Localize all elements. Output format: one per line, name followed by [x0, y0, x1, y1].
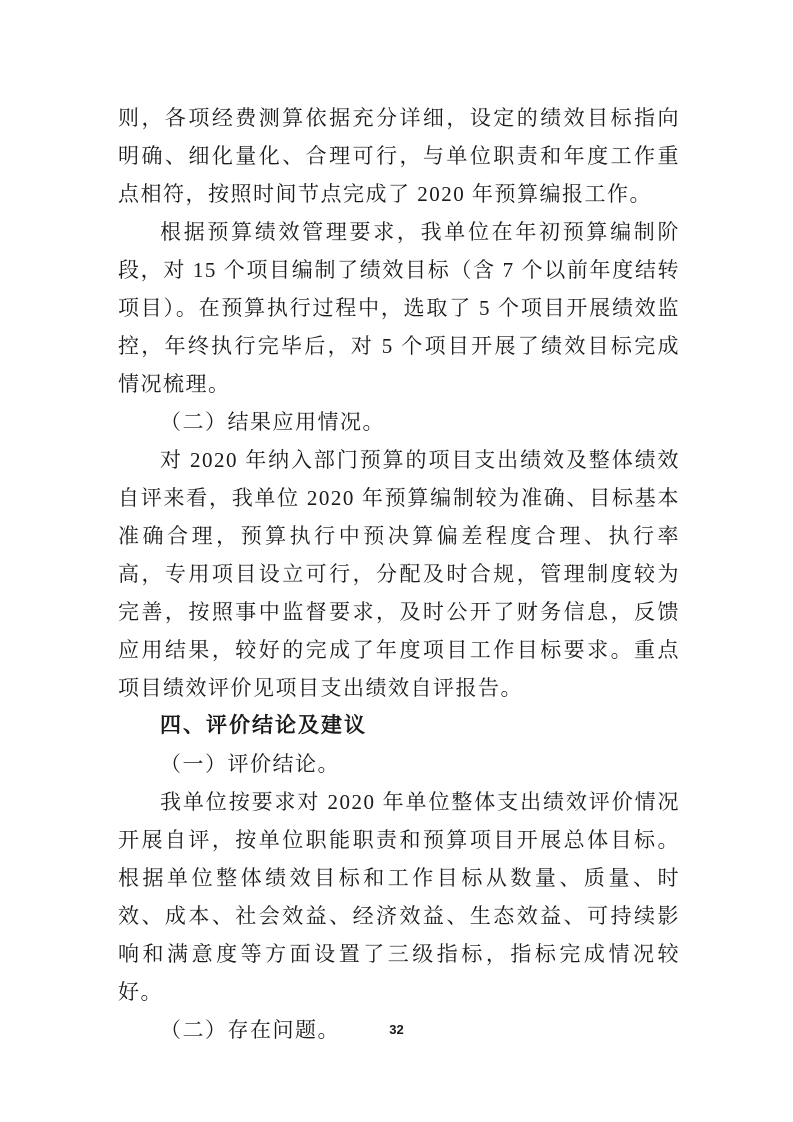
paragraph-evaluation-conclusion-detail: 我单位按要求对 2020 年单位整体支出绩效评价情况开展自评，按单位职能职责和预…	[118, 783, 680, 1011]
page-number: 32	[0, 1020, 793, 1040]
document-body: 则，各项经费测算依据充分详细，设定的绩效目标指向明确、细化量化、合理可行，与单位…	[118, 99, 680, 1049]
paragraph-self-evaluation-summary: 对 2020 年纳入部门预算的项目支出绩效及整体绩效自评来看，我单位 2020 …	[118, 441, 680, 707]
subsection-heading-result-application: （二）结果应用情况。	[118, 403, 680, 441]
subsection-heading-evaluation-conclusion: （一）评价结论。	[118, 745, 680, 783]
document-page: 则，各项经费测算依据充分详细，设定的绩效目标指向明确、细化量化、合理可行，与单位…	[0, 0, 793, 1122]
paragraph-budget-preparation-continuation: 则，各项经费测算依据充分详细，设定的绩效目标指向明确、细化量化、合理可行，与单位…	[118, 99, 680, 213]
section-heading-conclusions-and-suggestions: 四、评价结论及建议	[118, 707, 680, 745]
paragraph-performance-targets: 根据预算绩效管理要求，我单位在年初预算编制阶段，对 15 个项目编制了绩效目标（…	[118, 213, 680, 403]
